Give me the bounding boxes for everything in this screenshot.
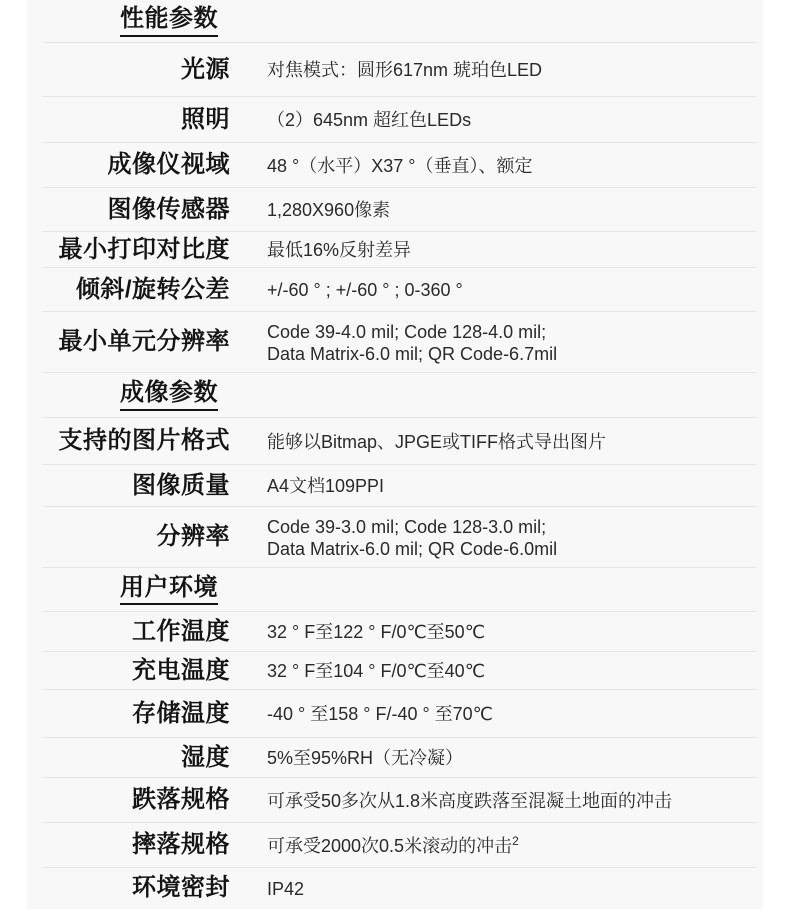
spec-row: 分辨率Code 39-3.0 mil; Code 128-3.0 mil; Da…: [27, 507, 763, 568]
spec-label: 图像传感器: [27, 197, 230, 223]
spec-value: （2）645nm 超红色LEDs: [267, 109, 481, 131]
spec-label: 充电温度: [27, 658, 230, 684]
spec-label: 摔落规格: [27, 832, 230, 858]
spec-row: 图像传感器1,280X960像素: [27, 188, 763, 232]
spec-value-superscript: 2: [512, 834, 519, 848]
spec-label: 存储温度: [27, 701, 230, 727]
spec-value: A4文档109PPI: [267, 475, 394, 497]
section-performance-params: 性能参数光源对焦模式：圆形617nm 琥珀色LED照明（2）645nm 超红色L…: [27, 0, 763, 373]
spec-row: 成像仪视域48 °（水平）X37 °（垂直）、额定: [27, 143, 763, 188]
spec-row: 照明（2）645nm 超红色LEDs: [27, 97, 763, 143]
section-rows: 光源对焦模式：圆形617nm 琥珀色LED照明（2）645nm 超红色LEDs成…: [27, 43, 763, 373]
section-title: 性能参数: [120, 6, 218, 36]
spec-label: 图像质量: [27, 473, 230, 499]
spec-value: -40 ° 至158 ° F/-40 ° 至70℃: [267, 703, 503, 725]
spec-row: 充电温度32 ° F至104 ° F/0℃至40℃: [27, 652, 763, 690]
spec-label: 分辨率: [27, 524, 230, 550]
section-rows: 工作温度32 ° F至122 ° F/0℃至50℃充电温度32 ° F至104 …: [27, 612, 763, 909]
spec-row: 最小打印对比度最低16%反射差异: [27, 232, 763, 268]
spec-row: 图像质量A4文档109PPI: [27, 465, 763, 507]
section-title: 用户环境: [120, 575, 218, 605]
spec-row: 支持的图片格式能够以Bitmap、JPGE或TIFF格式导出图片: [27, 418, 763, 465]
spec-value: 32 ° F至122 ° F/0℃至50℃: [267, 621, 495, 643]
section-user-environment: 用户环境工作温度32 ° F至122 ° F/0℃至50℃充电温度32 ° F至…: [27, 568, 763, 909]
spec-value: 对焦模式：圆形617nm 琥珀色LED: [267, 59, 552, 81]
spec-label: 跌落规格: [27, 787, 230, 813]
spec-value: 5%至95%RH（无冷凝）: [267, 747, 473, 769]
spec-label: 成像仪视域: [27, 152, 230, 178]
spec-sheet-panel: 性能参数光源对焦模式：圆形617nm 琥珀色LED照明（2）645nm 超红色L…: [27, 0, 763, 909]
spec-label: 湿度: [27, 745, 230, 771]
spec-label: 工作温度: [27, 619, 230, 645]
spec-label: 光源: [27, 57, 230, 83]
spec-row: 湿度5%至95%RH（无冷凝）: [27, 738, 763, 778]
spec-row: 环境密封IP42: [27, 868, 763, 909]
spec-value: Code 39-3.0 mil; Code 128-3.0 mil; Data …: [267, 516, 567, 560]
spec-label: 照明: [27, 107, 230, 133]
spec-row: 存储温度-40 ° 至158 ° F/-40 ° 至70℃: [27, 690, 763, 738]
section-imaging-params: 成像参数支持的图片格式能够以Bitmap、JPGE或TIFF格式导出图片图像质量…: [27, 373, 763, 568]
spec-row: 跌落规格可承受50多次从1.8米高度跌落至混凝土地面的冲击: [27, 778, 763, 823]
spec-value: 32 ° F至104 ° F/0℃至40℃: [267, 660, 495, 682]
spec-row: 摔落规格可承受2000次0.5米滚动的冲击2: [27, 823, 763, 868]
spec-value: 1,280X960像素: [267, 199, 400, 221]
spec-value: IP42: [267, 878, 314, 900]
spec-value: Code 39-4.0 mil; Code 128-4.0 mil; Data …: [267, 321, 567, 365]
spec-label: 最小单元分辨率: [27, 329, 230, 355]
spec-value: +/-60 ° ; +/-60 ° ; 0-360 °: [267, 279, 473, 301]
spec-value: 最低16%反射差异: [267, 239, 421, 261]
spec-value: 48 °（水平）X37 °（垂直）、额定: [267, 155, 542, 177]
section-rows: 支持的图片格式能够以Bitmap、JPGE或TIFF格式导出图片图像质量A4文档…: [27, 418, 763, 568]
spec-row: 最小单元分辨率Code 39-4.0 mil; Code 128-4.0 mil…: [27, 312, 763, 373]
section-title: 成像参数: [120, 380, 218, 410]
spec-table: 性能参数光源对焦模式：圆形617nm 琥珀色LED照明（2）645nm 超红色L…: [27, 0, 763, 909]
spec-label: 最小打印对比度: [27, 237, 230, 263]
spec-label: 环境密封: [27, 875, 230, 901]
spec-label: 倾斜/旋转公差: [27, 277, 230, 303]
spec-value: 可承受50多次从1.8米高度跌落至混凝土地面的冲击: [267, 790, 682, 812]
spec-value: 可承受2000次0.5米滚动的冲击2: [267, 835, 529, 857]
spec-label: 支持的图片格式: [27, 428, 230, 454]
spec-row: 工作温度32 ° F至122 ° F/0℃至50℃: [27, 612, 763, 652]
section-header-imaging-params: 成像参数: [27, 373, 763, 418]
section-header-performance-params: 性能参数: [27, 0, 763, 43]
spec-row: 倾斜/旋转公差+/-60 ° ; +/-60 ° ; 0-360 °: [27, 268, 763, 312]
spec-value: 能够以Bitmap、JPGE或TIFF格式导出图片: [267, 431, 616, 453]
section-header-user-environment: 用户环境: [27, 568, 763, 612]
spec-row: 光源对焦模式：圆形617nm 琥珀色LED: [27, 43, 763, 97]
